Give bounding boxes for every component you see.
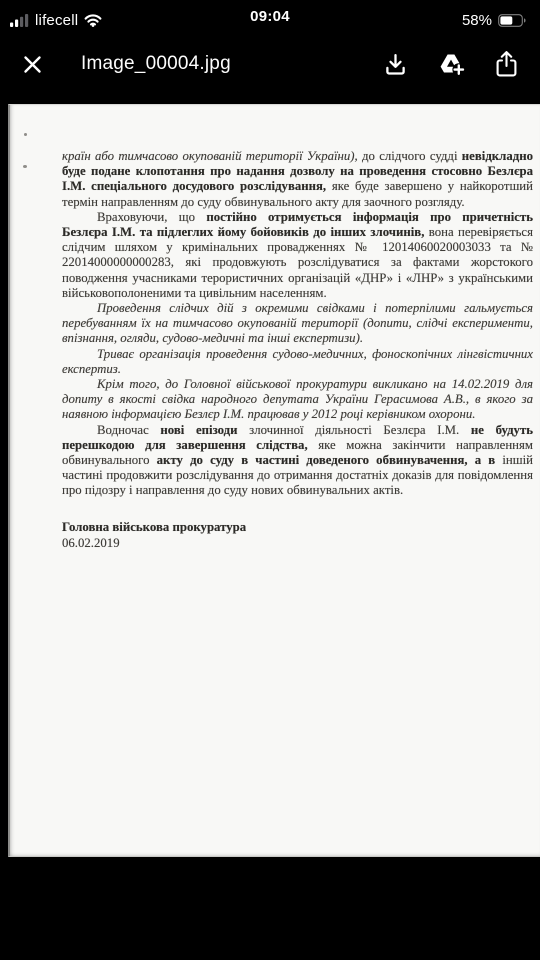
document-paragraph: Проведення слідчих дій з окремими свідка…: [62, 301, 533, 347]
share-icon: [495, 50, 518, 78]
battery-fill: [500, 16, 512, 24]
phone-screen: lifecell 09:04 58% Image_00004.jpg: [0, 0, 540, 960]
share-button[interactable]: [495, 50, 518, 78]
document-text: країн або тимчасово окупованій території…: [62, 149, 533, 551]
download-button[interactable]: [383, 52, 408, 77]
status-bar: lifecell 09:04 58%: [0, 0, 540, 34]
document-paragraph: Водночас нові епізоди злочинної діяльнос…: [62, 423, 533, 499]
close-icon: [22, 54, 43, 75]
status-left: lifecell: [10, 12, 102, 29]
cellular-signal-icon: [10, 14, 29, 27]
battery-percent-label: 58%: [462, 12, 492, 29]
battery-icon: [498, 14, 526, 27]
document-paragraph: країн або тимчасово окупованій території…: [62, 149, 533, 210]
viewer-header: Image_00004.jpg: [0, 38, 540, 90]
image-viewer-canvas[interactable]: країн або тимчасово окупованій території…: [0, 104, 540, 857]
signature-date: 06.02.2019: [62, 535, 533, 551]
file-title: Image_00004.jpg: [81, 53, 371, 75]
document-paragraph: Враховуючи, що постійно отримується інфо…: [62, 210, 533, 301]
document-paragraph: Крім того, до Головної військової прокур…: [62, 377, 533, 423]
wifi-icon: [84, 14, 102, 27]
close-button[interactable]: [22, 54, 43, 75]
header-actions: [383, 50, 518, 78]
signature-org: Головна військова прокуратура: [62, 519, 533, 535]
page-speck: [23, 165, 27, 168]
status-right: 58%: [462, 12, 526, 29]
page-speck: [24, 133, 27, 136]
document-page: країн або тимчасово окупованій території…: [8, 104, 540, 857]
signature-block: Головна військова прокуратура06.02.2019: [62, 519, 533, 551]
document-paragraph: Триває організація проведення судово-мед…: [62, 347, 533, 377]
carrier-label: lifecell: [35, 12, 78, 29]
download-icon: [383, 52, 408, 77]
add-to-drive-icon: [438, 52, 465, 77]
add-to-drive-button[interactable]: [438, 52, 465, 77]
